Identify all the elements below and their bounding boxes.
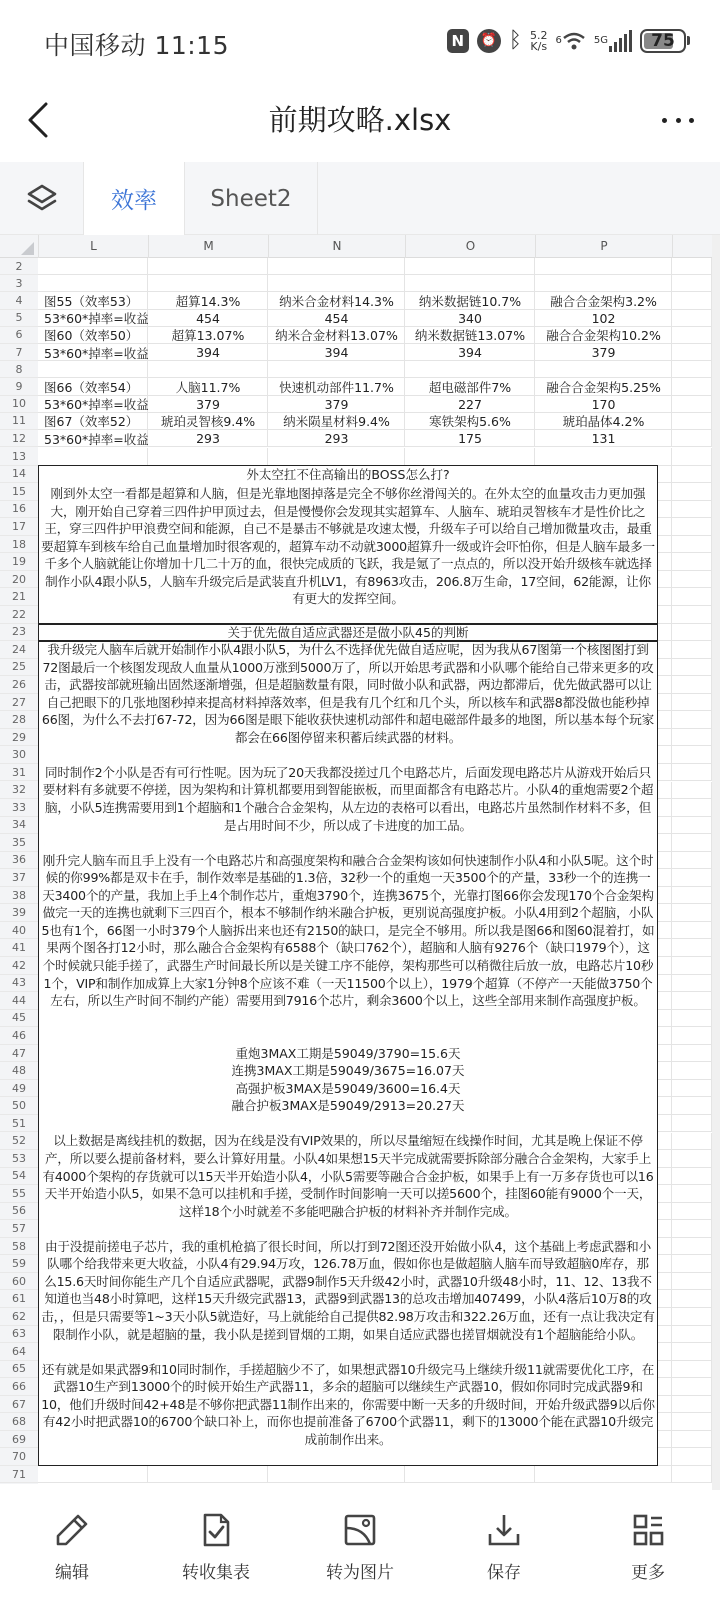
section-title-boss: 外太空扛不住高输出的BOSS怎么打? <box>39 466 657 484</box>
data-cell[interactable]: 纳米合金材料13.07% <box>268 327 405 344</box>
row-header[interactable]: 2 <box>0 258 38 275</box>
data-cell[interactable]: 379 <box>148 396 268 413</box>
data-cell[interactable]: 纳米数据链10.7% <box>405 292 535 309</box>
grid-line <box>672 1238 712 1255</box>
row-header[interactable]: 48 <box>0 1062 38 1080</box>
data-cell[interactable]: 融合合金架构10.2% <box>535 327 672 344</box>
row-header[interactable]: 22 <box>0 606 38 624</box>
row-header[interactable]: 30 <box>0 746 38 764</box>
grid-line <box>672 659 712 676</box>
data-cell[interactable]: 131 <box>535 430 672 447</box>
grid-line <box>672 939 712 956</box>
data-cell[interactable]: 293 <box>148 430 268 447</box>
pencil-icon <box>54 1512 90 1548</box>
edit-button[interactable]: 编辑 <box>0 1490 144 1598</box>
grid-line <box>672 764 712 781</box>
paragraph-priority: 我升级完人脑车后就开始制作小队4跟小队5，为什么不选择优先做自适应呢，因为我从6… <box>41 641 655 746</box>
column-header-q[interactable] <box>672 235 712 258</box>
row-header[interactable]: 59 <box>0 1255 38 1273</box>
row-header[interactable]: 8 <box>0 361 38 378</box>
row-header[interactable]: 29 <box>0 729 38 747</box>
paragraph-boss: 刚到外太空一看都是超算和人脑，但是光靠地图掉落是完全不够你丝滑闯关的。在外太空的… <box>41 485 655 608</box>
row-header[interactable]: 49 <box>0 1080 38 1098</box>
net-speed-value: 5.2 <box>530 30 548 41</box>
row-header[interactable]: 39 <box>0 904 38 922</box>
row-header[interactable]: 33 <box>0 799 38 817</box>
row-label-cell[interactable]: 图67（效率52） <box>38 413 148 430</box>
paragraph-fast-production: 刚升完人脑车而且手上没有一个电路芯片和高强度架构和融合合金架构该如何快速制作小队… <box>41 852 655 1010</box>
grid-line <box>38 275 148 291</box>
tab-efficiency[interactable]: 效率 <box>84 162 185 235</box>
data-cell[interactable]: 454 <box>148 310 268 327</box>
grid-line <box>268 258 405 274</box>
grid-line <box>672 957 712 974</box>
grid-line <box>38 258 148 274</box>
grid-line <box>672 922 712 939</box>
grid-line <box>38 1466 148 1483</box>
row-header[interactable]: 45 <box>0 1010 38 1028</box>
row-label-cell[interactable]: 53*60*掉率=收益 <box>38 344 148 361</box>
row-header[interactable]: 6 <box>0 327 38 344</box>
data-cell[interactable]: 293 <box>268 430 405 447</box>
back-button[interactable] <box>22 100 62 140</box>
grid-line <box>535 448 672 465</box>
grid-line <box>672 1203 712 1220</box>
nfc-icon: N <box>447 29 469 53</box>
grid-row <box>38 258 712 275</box>
row-header[interactable]: 69 <box>0 1431 38 1449</box>
grid-row <box>38 361 712 378</box>
row-header[interactable]: 23 <box>0 624 38 642</box>
grid-line <box>672 1361 712 1378</box>
calc-line: 重炮3MAX工期是59049/3790=15.6天 <box>39 1045 657 1063</box>
grid-line <box>672 1185 712 1202</box>
column-header-l[interactable]: L <box>38 235 148 258</box>
row-header[interactable]: 40 <box>0 922 38 940</box>
row-header[interactable]: 36 <box>0 852 38 870</box>
grid-line <box>535 275 672 291</box>
chevron-left-icon <box>22 100 62 140</box>
grid-line <box>672 361 712 377</box>
data-cell[interactable]: 379 <box>535 344 672 361</box>
grid-line <box>672 694 712 711</box>
grid-line <box>672 992 712 1009</box>
grid-line <box>148 275 268 291</box>
grid-line <box>672 1273 712 1290</box>
grid-line <box>405 361 535 377</box>
grid-line <box>672 1308 712 1325</box>
row-header[interactable]: 38 <box>0 887 38 905</box>
grid-line <box>672 782 712 799</box>
data-cell[interactable]: 超算14.3% <box>148 292 268 309</box>
grid-line <box>672 1168 712 1185</box>
grid-line <box>672 817 712 834</box>
paragraph-weapon-vs-squad: 由于没提前搓电子芯片，我的重机枪搞了很长时间，所以打到72图还没开始做小队4，这… <box>41 1238 655 1343</box>
row-header[interactable]: 43 <box>0 975 38 993</box>
save-label: 保存 <box>487 1558 521 1583</box>
row-header[interactable]: 35 <box>0 834 38 852</box>
row-header[interactable]: 50 <box>0 1097 38 1115</box>
alarm-icon: ⏰ <box>477 29 501 53</box>
data-cell[interactable]: 人脑11.7% <box>148 378 268 395</box>
grid-line <box>268 1466 405 1483</box>
cell-label: 5G <box>594 35 608 46</box>
grid-line <box>672 624 712 641</box>
row-label-cell[interactable]: 图55（效率53） <box>38 292 148 309</box>
grid-line <box>38 361 148 377</box>
image-icon <box>342 1512 378 1548</box>
grid-line <box>672 1010 712 1027</box>
data-cell[interactable]: 琥珀灵智核9.4% <box>148 413 268 430</box>
grid-line <box>268 361 405 377</box>
grid-line <box>672 1343 712 1360</box>
sheet-list-button[interactable] <box>0 162 84 235</box>
paragraph-two-squads: 同时制作2个小队是否有可行性呢。因为玩了20天我都没搓过几个电路芯片，后面发现电… <box>41 764 655 834</box>
convert-image-button[interactable]: 转为图片 <box>288 1490 432 1598</box>
more-label: 更多 <box>631 1558 665 1583</box>
row-header[interactable]: 11 <box>0 413 38 430</box>
row-label-cell[interactable]: 53*60*掉率=收益 <box>38 396 148 413</box>
grid-line <box>535 361 672 377</box>
data-cell[interactable]: 寒铁架构5.6% <box>405 413 535 430</box>
grid-line <box>672 466 712 483</box>
row-header[interactable]: 3 <box>0 275 38 292</box>
carrier-time: 中国移动 11:15 <box>44 26 229 62</box>
row-label-cell[interactable]: 53*60*掉率=收益 <box>38 430 148 447</box>
grid-line <box>148 361 268 377</box>
convert-form-label: 转收集表 <box>182 1558 250 1583</box>
row-header[interactable]: 47 <box>0 1045 38 1063</box>
grid-line <box>672 1290 712 1307</box>
sheet-tab-bar: 效率 Sheet2 <box>0 162 720 235</box>
dot-icon <box>676 118 681 123</box>
row-header[interactable]: 62 <box>0 1308 38 1326</box>
grid-line <box>672 676 712 693</box>
grid-line <box>672 327 712 343</box>
grid-line <box>405 275 535 291</box>
grid-line <box>672 729 712 746</box>
form-check-icon <box>198 1512 234 1548</box>
grid-line <box>672 258 712 274</box>
row-header[interactable]: 15 <box>0 483 38 501</box>
status-bar: 中国移动 11:15 N ⏰ ᛒ 5.2 K/s 6 5G 75 <box>0 0 720 80</box>
row-header[interactable]: 52 <box>0 1133 38 1151</box>
grid-line <box>672 413 712 429</box>
row-header[interactable]: 4 <box>0 292 38 309</box>
grid-line <box>405 1466 535 1483</box>
column-header-o[interactable]: O <box>405 235 535 258</box>
row-header[interactable]: 34 <box>0 817 38 835</box>
data-cell[interactable]: 融合合金架构5.25% <box>535 378 672 395</box>
grid-line <box>672 746 712 763</box>
bottom-toolbar: 编辑 转收集表 转为图片 保存 更多 <box>0 1490 720 1598</box>
row-header[interactable]: 37 <box>0 869 38 887</box>
grid-line <box>672 1326 712 1343</box>
grid-line <box>672 1080 712 1097</box>
row-header[interactable]: 66 <box>0 1378 38 1396</box>
row-label-cell[interactable]: 图66（效率54） <box>38 378 148 395</box>
grid-more-icon <box>630 1512 666 1548</box>
row-header[interactable]: 54 <box>0 1168 38 1186</box>
grid-line <box>672 1413 712 1430</box>
row-header[interactable]: 46 <box>0 1027 38 1045</box>
row-header[interactable]: 51 <box>0 1115 38 1133</box>
data-cell[interactable]: 快速机动部件11.7% <box>268 378 405 395</box>
row-header[interactable]: 65 <box>0 1361 38 1379</box>
row-header[interactable]: 18 <box>0 536 38 554</box>
data-cell[interactable]: 394 <box>268 344 405 361</box>
wifi-icon: 6 <box>556 31 586 51</box>
grid-line <box>672 711 712 728</box>
grid-line <box>672 518 712 535</box>
data-cell[interactable]: 超算13.07% <box>148 327 268 344</box>
row-header[interactable]: 24 <box>0 641 38 659</box>
more-options-button[interactable] <box>658 102 698 138</box>
grid-line <box>672 1378 712 1395</box>
select-all-corner[interactable] <box>0 235 38 258</box>
dot-icon <box>689 118 694 123</box>
grid-row <box>38 1466 712 1484</box>
data-cell[interactable]: 454 <box>268 310 405 327</box>
paragraph-offline-data: 以上数据是离线挂机的数据，因为在线是没有VIP效果的，所以尽量缩短在线操作时间，… <box>41 1132 655 1220</box>
column-header-p[interactable]: P <box>535 235 672 258</box>
grid-line <box>672 887 712 904</box>
grid-line <box>672 310 712 326</box>
grid-line <box>672 553 712 570</box>
row-header[interactable]: 67 <box>0 1396 38 1414</box>
grid-line <box>672 834 712 851</box>
row-header[interactable]: 61 <box>0 1290 38 1308</box>
cell-signal-icon: 5G <box>594 30 632 52</box>
row-label-cell[interactable]: 53*60*掉率=收益 <box>38 310 148 327</box>
calc-line: 高强护板3MAX是59049/3600=16.4天 <box>39 1080 657 1098</box>
row-header[interactable]: 68 <box>0 1413 38 1431</box>
merged-text-box[interactable]: 外太空扛不住高输出的BOSS怎么打?刚到外太空一看都是超算和人脑，但是光靠地图掉… <box>38 465 658 1466</box>
grid-line <box>672 1431 712 1448</box>
grid-line <box>672 869 712 886</box>
column-header-m[interactable]: M <box>148 235 268 258</box>
grid-line <box>672 588 712 605</box>
tab-sheet2[interactable]: Sheet2 <box>185 162 318 235</box>
row-header[interactable]: 17 <box>0 518 38 536</box>
grid-line <box>148 448 268 465</box>
data-cell[interactable]: 175 <box>405 430 535 447</box>
status-icons: N ⏰ ᛒ 5.2 K/s 6 5G 75 <box>447 28 690 53</box>
row-header[interactable]: 21 <box>0 588 38 606</box>
row-header[interactable]: 60 <box>0 1273 38 1291</box>
grid-line <box>672 1097 712 1114</box>
convert-image-label: 转为图片 <box>326 1558 394 1583</box>
paragraph-weapon-9-10: 还有就是如果武器9和10同时制作，手搓超脑少不了，如果想武器10升级完马上继续升… <box>41 1361 655 1449</box>
data-cell[interactable]: 融合合金架构3.2% <box>535 292 672 309</box>
grid-line <box>268 275 405 291</box>
grid-line <box>672 1396 712 1413</box>
download-icon <box>486 1512 522 1548</box>
row-header[interactable]: 70 <box>0 1448 38 1466</box>
calc-line: 连携3MAX工期是59049/3675=16.07天 <box>39 1062 657 1080</box>
data-cell[interactable]: 394 <box>405 344 535 361</box>
row-header[interactable]: 10 <box>0 396 38 413</box>
row-header[interactable]: 53 <box>0 1150 38 1168</box>
row-header[interactable]: 56 <box>0 1203 38 1221</box>
net-speed-unit: K/s <box>530 41 547 52</box>
column-header-row: L M N O P <box>0 235 712 258</box>
data-cell[interactable]: 纳米数据链13.07% <box>405 327 535 344</box>
data-cell[interactable]: 340 <box>405 310 535 327</box>
row-header[interactable]: 71 <box>0 1466 38 1484</box>
grid-line <box>672 852 712 869</box>
grid-line <box>535 258 672 274</box>
grid-line <box>672 1448 712 1465</box>
dot-icon <box>662 118 667 123</box>
data-cell[interactable]: 227 <box>405 396 535 413</box>
net-speed: 5.2 K/s <box>530 30 548 52</box>
grid-line <box>672 799 712 816</box>
row-header[interactable]: 58 <box>0 1238 38 1256</box>
grid-line <box>535 1466 672 1483</box>
grid-line <box>672 483 712 500</box>
grid-line <box>672 275 712 291</box>
data-cell[interactable]: 超电磁部件7% <box>405 378 535 395</box>
document-title: 前期攻略.xlsx <box>0 98 720 139</box>
row-header[interactable]: 25 <box>0 659 38 677</box>
grid-line <box>38 448 148 465</box>
row-header-column: 2345678910111213141516171819202122232425… <box>0 258 38 1484</box>
data-cell[interactable]: 纳米陨星材料9.4% <box>268 413 405 430</box>
grid-line <box>672 1115 712 1132</box>
grid-line <box>268 448 405 465</box>
grid-line <box>672 448 712 465</box>
grid-line <box>672 1466 712 1483</box>
grid-line <box>672 975 712 992</box>
row-header[interactable]: 12 <box>0 430 38 447</box>
row-header[interactable]: 20 <box>0 571 38 589</box>
row-header[interactable]: 42 <box>0 957 38 975</box>
grid-line <box>672 606 712 623</box>
row-header[interactable]: 7 <box>0 344 38 361</box>
save-button[interactable]: 保存 <box>432 1490 576 1598</box>
title-bar: 前期攻略.xlsx <box>0 80 720 162</box>
row-header[interactable]: 44 <box>0 992 38 1010</box>
grid-line <box>672 501 712 518</box>
grid-line <box>672 378 712 394</box>
row-header[interactable]: 64 <box>0 1343 38 1361</box>
sheet-edge <box>712 235 720 1490</box>
layers-icon <box>24 181 60 217</box>
data-cell[interactable]: 纳米合金材料14.3% <box>268 292 405 309</box>
row-header[interactable]: 13 <box>0 448 38 466</box>
battery-icon: 75 <box>640 29 686 53</box>
grid-line <box>672 641 712 658</box>
row-header[interactable]: 55 <box>0 1185 38 1203</box>
grid-line <box>148 258 268 274</box>
grid-line <box>405 258 535 274</box>
row-header[interactable]: 27 <box>0 694 38 712</box>
row-header[interactable]: 19 <box>0 553 38 571</box>
grid-line <box>672 430 712 446</box>
data-cell[interactable]: 102 <box>535 310 672 327</box>
grid-line <box>672 571 712 588</box>
edit-label: 编辑 <box>55 1558 89 1583</box>
more-button[interactable]: 更多 <box>576 1490 720 1598</box>
row-header[interactable]: 28 <box>0 711 38 729</box>
battery-indicator: 75 <box>640 29 690 53</box>
convert-form-button[interactable]: 转收集表 <box>144 1490 288 1598</box>
row-header[interactable]: 63 <box>0 1326 38 1344</box>
column-header-n[interactable]: N <box>268 235 405 258</box>
section-title-priority: 关于优先做自适应武器还是做小队45的判断 <box>39 624 657 642</box>
row-header[interactable]: 41 <box>0 939 38 957</box>
data-cell[interactable]: 琥珀晶体4.2% <box>535 413 672 430</box>
grid-line <box>672 904 712 921</box>
data-cell[interactable]: 379 <box>268 396 405 413</box>
grid-line <box>672 396 712 412</box>
row-header[interactable]: 14 <box>0 466 38 484</box>
grid-line <box>148 1466 268 1483</box>
grid-line <box>672 1133 712 1150</box>
grid-line <box>672 292 712 308</box>
grid-line <box>672 344 712 360</box>
grid-line <box>672 1220 712 1237</box>
row-header[interactable]: 26 <box>0 676 38 694</box>
row-header[interactable]: 32 <box>0 782 38 800</box>
data-cell[interactable]: 394 <box>148 344 268 361</box>
row-header[interactable]: 9 <box>0 378 38 395</box>
grid-line <box>672 1027 712 1044</box>
grid-line <box>405 448 535 465</box>
grid-line <box>672 1062 712 1079</box>
row-header[interactable]: 5 <box>0 310 38 327</box>
grid-line <box>672 536 712 553</box>
grid-row <box>38 448 712 466</box>
calc-line: 融合护板3MAX是59049/2913=20.27天 <box>39 1097 657 1115</box>
row-header[interactable]: 31 <box>0 764 38 782</box>
grid-line <box>672 1255 712 1272</box>
data-cell[interactable]: 170 <box>535 396 672 413</box>
grid-line <box>672 1150 712 1167</box>
grid-row <box>38 275 712 292</box>
row-label-cell[interactable]: 图60（效率50） <box>38 327 148 344</box>
battery-level: 75 <box>651 31 675 51</box>
row-header[interactable]: 16 <box>0 501 38 519</box>
grid-line <box>672 1045 712 1062</box>
spreadsheet-grid[interactable]: L M N O P 234567891011121314151617181920… <box>0 235 720 1490</box>
row-header[interactable]: 57 <box>0 1220 38 1238</box>
bluetooth-icon: ᛒ <box>509 28 522 53</box>
